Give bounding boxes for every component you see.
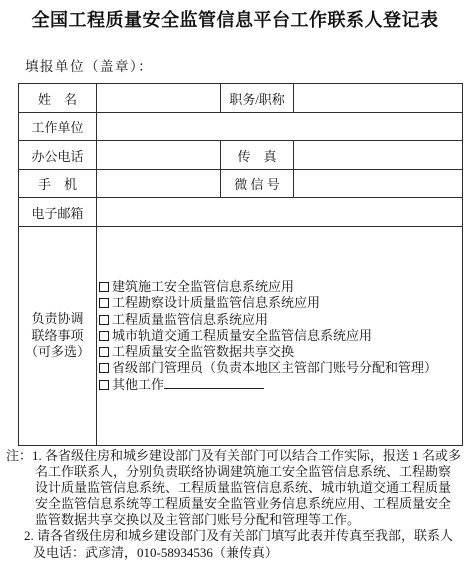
form-title: 全国工程质量安全监管信息平台工作联系人登记表 — [0, 6, 470, 32]
position-label: 职务/职称 — [221, 84, 294, 113]
fax-label: 传 真 — [221, 141, 294, 170]
note-line: 2. 请各省级住房和城乡建设部门及有关部门填写此表并传真至我部，联系人 — [0, 528, 470, 544]
duty-checklist-cell: 建筑施工安全监管信息系统应用 工程勘察设计质量监管信息系统应用 工程质量监管信息… — [97, 227, 463, 446]
checkbox-icon[interactable] — [99, 298, 109, 308]
mobile-field[interactable] — [97, 170, 221, 198]
note-line: 设计质量监管信息系统、工程质量监管信息系统、城市轨道交通工程质量 — [0, 480, 470, 496]
checklist-item-label: 省级部门管理员（负责本地区主管部门账号分配和管理） — [112, 360, 437, 375]
work-unit-field[interactable] — [97, 113, 463, 141]
office-phone-field[interactable] — [97, 141, 221, 170]
table-row: 电子邮箱 — [19, 198, 463, 227]
table-row: 负责协调 联络事项 （可多选） 建筑施工安全监管信息系统应用 工程勘察设计质量监… — [19, 227, 463, 446]
duty-label-line: 联络事项 — [19, 328, 96, 345]
name-label: 姓 名 — [19, 84, 97, 113]
name-field[interactable] — [97, 84, 221, 113]
wechat-field[interactable] — [294, 170, 463, 198]
email-label: 电子邮箱 — [19, 198, 97, 227]
checkbox-icon[interactable] — [99, 363, 109, 373]
mobile-label: 手 机 — [19, 170, 97, 198]
note-line: 名工作联系人，分别负责联络协调建筑施工安全监管信息系统、工程勘察 — [0, 464, 470, 480]
table-row: 办公电话 传 真 — [19, 141, 463, 170]
checkbox-icon[interactable] — [99, 347, 109, 357]
duty-label-line: 负责协调 — [19, 311, 96, 328]
checkbox-icon[interactable] — [99, 380, 109, 390]
table-row: 工作单位 — [19, 113, 463, 141]
checklist-item[interactable]: 城市轨道交通工程质量安全监管信息系统应用 — [99, 328, 462, 344]
wechat-label: 微 信 号 — [221, 170, 294, 198]
office-phone-label: 办公电话 — [19, 141, 97, 170]
checklist-item[interactable]: 工程质量监管信息系统应用 — [99, 312, 462, 328]
checklist-item[interactable]: 其他工作 — [99, 377, 462, 393]
checklist-item-label: 城市轨道交通工程质量安全监管信息系统应用 — [112, 328, 372, 343]
position-field[interactable] — [294, 84, 463, 113]
checkbox-icon[interactable] — [99, 282, 109, 292]
checklist-item[interactable]: 建筑施工安全监管信息系统应用 — [99, 279, 462, 295]
email-field[interactable] — [97, 198, 463, 227]
duty-label-line: （可多选） — [19, 344, 96, 361]
checkbox-icon[interactable] — [99, 315, 109, 325]
reporting-unit-label: 填报单位（盖章）： — [25, 55, 153, 75]
fax-field[interactable] — [294, 141, 463, 170]
work-unit-label: 工作单位 — [19, 113, 97, 141]
note-line: 安全监管信息系统等工程质量安全监管业务信息系统应用、工程质量安全 — [0, 496, 470, 512]
checklist-item-label: 工程质量安全监管数据共享交换 — [112, 344, 294, 359]
note-line: 监管数据共享交换以及主管部门账号分配和管理等工作。 — [0, 512, 470, 528]
duty-checklist: 建筑施工安全监管信息系统应用 工程勘察设计质量监管信息系统应用 工程质量监管信息… — [97, 279, 462, 393]
registration-form-page: 全国工程质量安全监管信息平台工作联系人登记表 填报单位（盖章）： 姓 名 职务/… — [0, 0, 470, 561]
checklist-item[interactable]: 工程质量安全监管数据共享交换 — [99, 344, 462, 360]
checklist-item[interactable]: 工程勘察设计质量监管信息系统应用 — [99, 295, 462, 311]
duty-label: 负责协调 联络事项 （可多选） — [19, 227, 97, 446]
checklist-item-label: 其他工作 — [112, 377, 164, 392]
checklist-item-label: 工程质量监管信息系统应用 — [112, 312, 268, 327]
note-line: 注：1. 各省级住房和城乡建设部门及有关部门可以结合工作实际，报送 1 名或多 — [0, 448, 470, 464]
table-row: 手 机 微 信 号 — [19, 170, 463, 198]
checklist-item[interactable]: 省级部门管理员（负责本地区主管部门账号分配和管理） — [99, 360, 462, 376]
note-line: 及电话：武彦清，010-58934536（兼传真） — [0, 545, 470, 561]
fill-in-blank-line[interactable] — [164, 377, 264, 389]
checklist-item-label: 建筑施工安全监管信息系统应用 — [112, 279, 294, 294]
registration-table: 姓 名 职务/职称 工作单位 办公电话 传 真 手 机 微 信 号 电子邮箱 — [18, 83, 463, 446]
notes-section: 注：1. 各省级住房和城乡建设部门及有关部门可以结合工作实际，报送 1 名或多 … — [0, 448, 470, 561]
table-row: 姓 名 职务/职称 — [19, 84, 463, 113]
checkbox-icon[interactable] — [99, 331, 109, 341]
checklist-item-label: 工程勘察设计质量监管信息系统应用 — [112, 295, 320, 310]
